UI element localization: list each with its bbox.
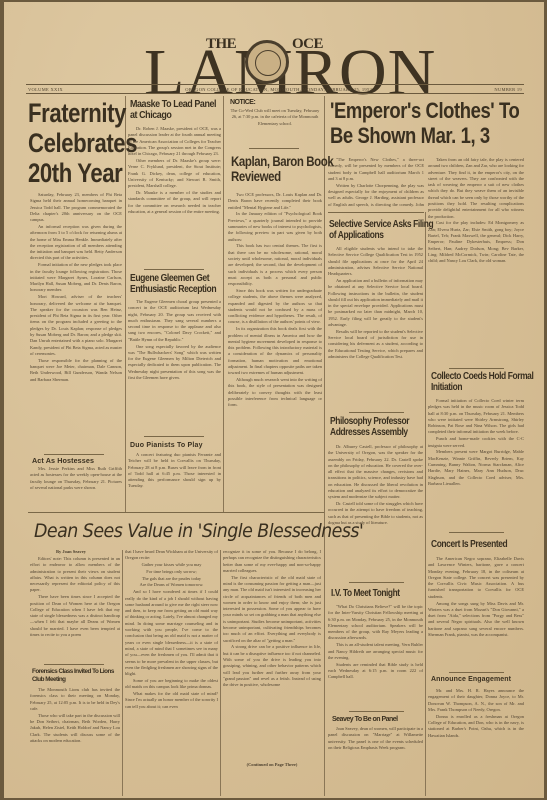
column-rule	[223, 96, 224, 512]
college-seal-icon	[245, 40, 289, 84]
dateline: VOLUME XXIX OREGON COLLEGE OF EDUCATION,…	[26, 84, 524, 94]
article-dean-column2: that I have heard Dean Wickham at the Un…	[125, 549, 218, 769]
divider	[449, 672, 504, 673]
headline-eugene-gleemen: Eugene Gleemen Get Enthusiastic Receptio…	[130, 273, 233, 295]
headline-duo-pianists: Duo Pianists To Play	[130, 442, 203, 449]
article-duo-pianists: A concert featuring duo pianists Ferrant…	[128, 452, 221, 490]
article-act-as-hostesses: Mrs. Jessie Perkins and Miss Ruth Griffi…	[30, 466, 122, 492]
headline-iv-meet: I.V. To Meet Tonight	[331, 589, 425, 599]
headline-act-as-hostesses: Act As Hostesses	[32, 457, 94, 465]
article-kaplan-baron: Two OCE professors, Dr. Louis Kaplan and…	[228, 192, 322, 510]
divider	[44, 664, 104, 665]
article-dean-column1: Editors' note: This column is presented …	[30, 556, 120, 662]
masthead-title-right: RON	[294, 40, 436, 106]
headline-philosophy-professor: Philosophy Professor Addresses Assembly	[330, 417, 437, 439]
article-emperor-part2: Taken from an old fairy tale, the play i…	[428, 157, 524, 369]
column-rule	[220, 550, 221, 796]
article-eugene-gleemen: The Eugene Gleemen choral group presente…	[128, 299, 221, 431]
notice-body: The Co-Wed Club will meet on Tuesday, Fe…	[228, 108, 322, 127]
article-emperor-part1: "The Emperor's New Clothes," a three-act…	[328, 157, 424, 209]
divider	[144, 269, 204, 270]
headline-selective-service: Selective Service Asks Filing of Applica…	[329, 220, 436, 242]
headline-maaske: Maaske To Lead Panel at Chicago	[130, 99, 224, 121]
divider	[144, 436, 204, 437]
divider	[249, 148, 299, 149]
divider	[449, 368, 504, 369]
column-rule	[122, 550, 123, 796]
divider	[328, 212, 424, 213]
byline: By Joan Seavey	[56, 549, 86, 554]
headline-kaplan-baron: Kaplan, Baron Book Reviewed	[231, 154, 334, 183]
article-selective-service: All eligible students who intend to take…	[328, 246, 423, 410]
article-engagement: Mr. and Mrs. H. R. Hayes announce the en…	[428, 688, 524, 739]
article-maaske: Dr. Roben J. Maaske, president of OCE, w…	[128, 126, 221, 266]
headline-seavey-panel: Seavey To Be on Panel	[332, 716, 398, 723]
divider	[44, 454, 104, 455]
headline-notice: NOTICE:	[230, 99, 255, 106]
newspaper-page: THE OCE LAM RON VOLUME XXIX OREGON COLLE…	[4, 2, 544, 798]
masthead: THE OCE LAM RON	[4, 2, 544, 82]
divider	[349, 412, 404, 413]
article-seavey-panel: Joan Seavey, dean of women, will partici…	[328, 726, 423, 752]
article-forensics: The Monmouth Lions club has invited the …	[30, 687, 120, 745]
article-philosophy: Dr. Alburey Castell, professor of philos…	[328, 444, 423, 580]
publication-info: OREGON COLLEGE OF EDUCATION, MONMOUTH, M…	[185, 87, 372, 92]
headline-collecto-coeds: Collecto Coeds Hold Formal Initiation	[431, 372, 544, 394]
divider	[349, 582, 404, 583]
article-fraternity: Saturday, February 23, members of Phi Be…	[30, 192, 122, 450]
column-rule	[324, 96, 325, 796]
divider	[449, 532, 504, 533]
issue-number: NUMBER 19	[494, 87, 522, 92]
headline-concert: Concert Is Presented	[431, 540, 544, 551]
article-iv-meet: "What Do Christians Believe?" will be th…	[328, 604, 423, 708]
divider	[349, 711, 404, 712]
headline-fraternity: Fraternity Celebrates 20th Year	[28, 98, 135, 188]
volume-label: VOLUME XXIX	[28, 87, 63, 92]
headline-emperor-clothes: 'Emperor's Clothes' To Be Shown Mar. 1, …	[330, 98, 543, 148]
headline-announce-engagement: Announce Engagement	[431, 676, 511, 683]
section-divider	[28, 512, 324, 513]
headline-dean-sees-value: Dean Sees Value in 'Single Blessedness'	[34, 520, 363, 542]
article-concert: The American Negro soprano, Elizabelle D…	[428, 556, 524, 668]
column-rule	[425, 212, 426, 796]
article-collecto: Formal initiation of Collecto Coed winte…	[428, 398, 524, 528]
continued-notice: (Continued on Page Three)	[223, 762, 321, 769]
article-dean-column3: recognize it in some of you. Because I d…	[223, 549, 321, 771]
headline-forensics: Forensics Class Invited To Lions Club Me…	[32, 668, 122, 684]
